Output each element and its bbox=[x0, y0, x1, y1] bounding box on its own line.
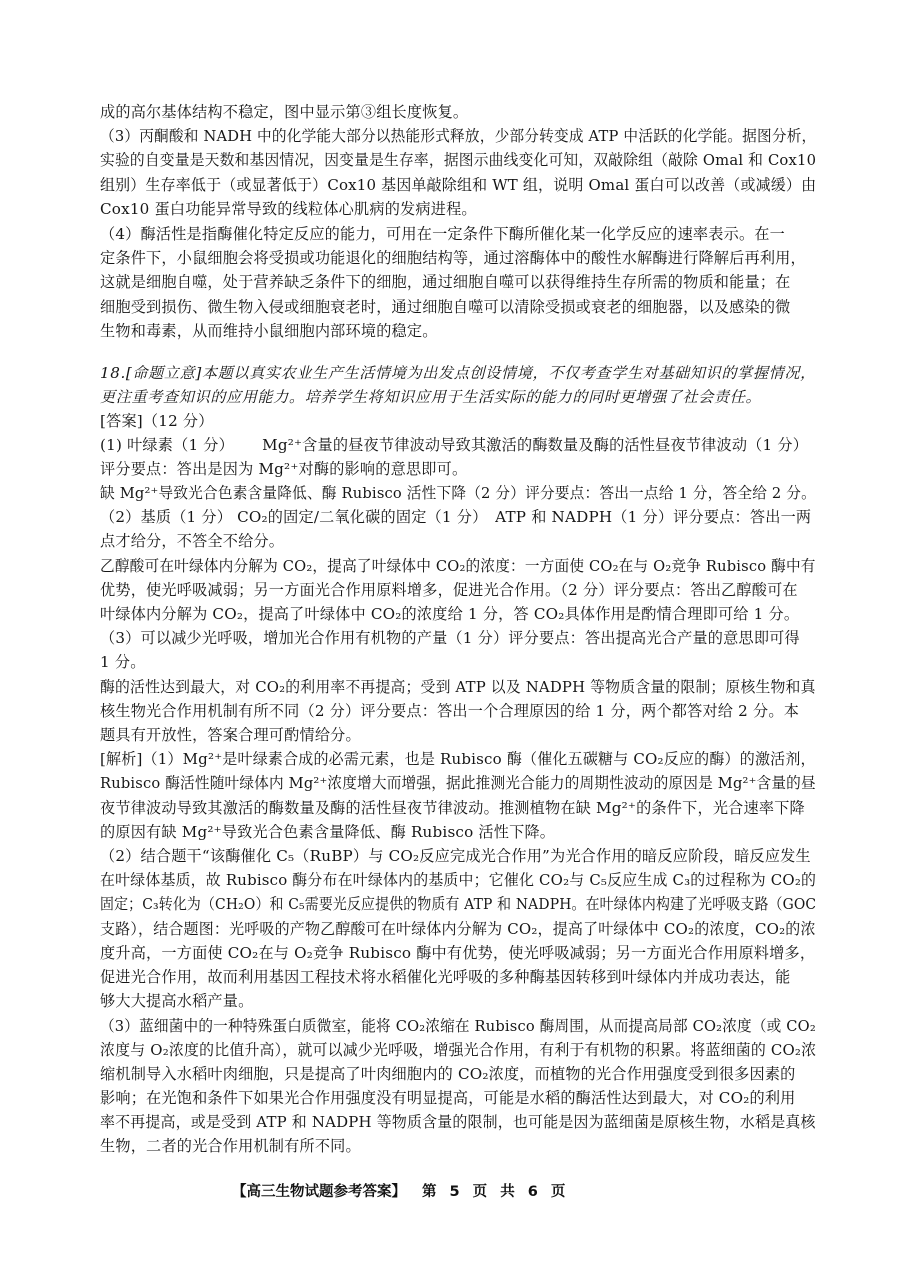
text-line: 1 分。 bbox=[100, 650, 816, 674]
text-line: (1) 叶绿素（1 分） Mg²⁺含量的昼夜节律波动导致其激活的酶数量及酶的活性… bbox=[100, 433, 816, 457]
text-line: 18.[命题立意]本题以真实农业生产生活情境为出发点创设情境，不仅考查学生对基础… bbox=[100, 361, 816, 385]
text-line: 评分要点：答出是因为 Mg²⁺对酶的影响的意思即可。 bbox=[100, 457, 816, 481]
text-line: [答案]（12 分） bbox=[100, 409, 816, 433]
text-line: Cox10 蛋白功能异常导致的线粒体心肌病的发病进程。 bbox=[100, 197, 816, 221]
text-line: 缩机制导入水稻叶肉细胞，只是提高了叶肉细胞内的 CO₂浓度，而植物的光合作用强度… bbox=[100, 1062, 816, 1086]
text-line: 在叶绿体基质，故 Rubisco 酶分布在叶绿体内的基质中；它催化 CO₂与 C… bbox=[100, 868, 805, 892]
text-line: 度升高，一方面使 CO₂在与 O₂竞争 Rubisco 酶中有优势，使光呼吸减弱… bbox=[100, 941, 816, 965]
text-line: 优势，使光呼吸减弱；另一方面光合作用原料增多，促进光合作用。（2 分）评分要点：… bbox=[100, 578, 816, 602]
text-line: 生物和毒素，从而维持小鼠细胞内部环境的稳定。 bbox=[100, 319, 816, 343]
text-line: 这就是细胞自噬，处于营养缺乏条件下的细胞，通过细胞自噬可以获得维持生存所需的物质… bbox=[100, 270, 816, 294]
text-line: 影响；在光饱和条件下如果光合作用强度没有明显提高，可能是水稻的酶活性达到最大，对… bbox=[100, 1086, 816, 1110]
text-line: 支路），结合题图：光呼吸的产物乙醇酸可在叶绿体内分解为 CO₂，提高了叶绿体中 … bbox=[100, 917, 808, 941]
text-line: 定条件下，小鼠细胞会将受损或功能退化的细胞结构等，通过溶酶体中的酸性水解酶进行降… bbox=[100, 246, 816, 270]
text-line: 率不再提高，或是受到 ATP 和 NADPH 等物质含量的限制，也可能是因为蓝细… bbox=[100, 1110, 806, 1134]
text-line: 浓度与 O₂浓度的比值升高），就可以减少光呼吸，增强光合作用，有利于有机物的积累… bbox=[100, 1038, 805, 1062]
page-number: 第 5 页 共 6 页 bbox=[422, 1184, 569, 1200]
text-line: （3）丙酮酸和 NADH 中的化学能大部分以热能形式释放，少部分转变成 ATP … bbox=[100, 124, 793, 148]
text-line: （2）基质（1 分） CO₂的固定/二氧化碳的固定（1 分） ATP 和 NAD… bbox=[100, 505, 816, 529]
text-line: 够大大提高水稻产量。 bbox=[100, 989, 816, 1013]
text-line: （3）可以减少光呼吸，增加光合作用有机物的产量（1 分）评分要点：答出提高光合产… bbox=[100, 626, 816, 650]
text-line: （3）蓝细菌中的一种特殊蛋白质微室，能将 CO₂浓缩在 Rubisco 酶周围，… bbox=[100, 1014, 791, 1038]
text-line: 固定；C₃转化为（CH₂O）和 C₅需要光反应提供的物质有 ATP 和 NADP… bbox=[100, 892, 757, 916]
text-line: 生物，二者的光合作用机制有所不同。 bbox=[100, 1134, 816, 1158]
text-line: 细胞受到损伤、微生物入侵或细胞衰老时，通过细胞自噬可以清除受损或衰老的细胞器，以… bbox=[100, 295, 816, 319]
text-line: 乙醇酸可在叶绿体内分解为 CO₂，提高了叶绿体中 CO₂的浓度：一方面使 CO₂… bbox=[100, 554, 792, 578]
text-line: （2）结合题干“该酶催化 C₅（RuBP）与 CO₂反应完成光合作用”为光合作用… bbox=[100, 844, 816, 868]
text-line: 组别）生存率低于（或显著低于）Cox10 基因单敲除组和 WT 组，说明 Oma… bbox=[100, 173, 807, 197]
text-line: 点才给分，不答全不给分。 bbox=[100, 529, 816, 553]
text-line: 夜节律波动导致其激活的酶数量及酶的活性昼夜节律波动。推测植物在缺 Mg²⁺的条件… bbox=[100, 796, 816, 820]
text-line: Rubisco 酶活性随叶绿体内 Mg²⁺浓度增大而增强，据此推测光合能力的周期… bbox=[100, 771, 792, 795]
text-line: 缺 Mg²⁺导致光合色素含量降低、酶 Rubisco 活性下降（2 分）评分要点… bbox=[100, 481, 793, 505]
page-footer: 【高三生物试题参考答案】第 5 页 共 6 页 bbox=[232, 1180, 569, 1204]
text-line: 的原因有缺 Mg²⁺导致光合色素含量降低、酶 Rubisco 活性下降。 bbox=[100, 820, 816, 844]
answer-key-page: 成的高尔基体结构不稳定，图中显示第③组长度恢复。（3）丙酮酸和 NADH 中的化… bbox=[0, 0, 900, 1272]
text-line: 实验的自变量是天数和基因情况，因变量是生存率，据图示曲线变化可知，双敲除组（敲除… bbox=[100, 148, 798, 172]
footer-title: 【高三生物试题参考答案】 bbox=[232, 1184, 406, 1200]
text-line: 更注重考查知识的应用能力。培养学生将知识应用于生活实际的能力的同时更增强了社会责… bbox=[100, 385, 816, 409]
text-line: 核生物光合作用机制有所不同（2 分）评分要点：答出一个合理原因的给 1 分，两个… bbox=[100, 699, 816, 723]
text-line: 题具有开放性，答案合理可酌情给分。 bbox=[100, 723, 816, 747]
text-line: 酶的活性达到最大，对 CO₂的利用率不再提高；受到 ATP 以及 NADPH 等… bbox=[100, 675, 801, 699]
text-line: 成的高尔基体结构不稳定，图中显示第③组长度恢复。 bbox=[100, 100, 816, 124]
text-line: 促进光合作用，故而利用基因工程技术将水稻催化光呼吸的多种酶基因转移到叶绿体内并成… bbox=[100, 965, 816, 989]
text-line: [解析]（1）Mg²⁺是叶绿素合成的必需元素，也是 Rubisco 酶（催化五碳… bbox=[100, 747, 809, 771]
text-line: 叶绿体内分解为 CO₂，提高了叶绿体中 CO₂的浓度给 1 分，答 CO₂具体作… bbox=[100, 602, 816, 626]
text-line: （4）酶活性是指酶催化特定反应的能力，可用在一定条件下酶所催化某一化学反应的速率… bbox=[100, 222, 816, 246]
